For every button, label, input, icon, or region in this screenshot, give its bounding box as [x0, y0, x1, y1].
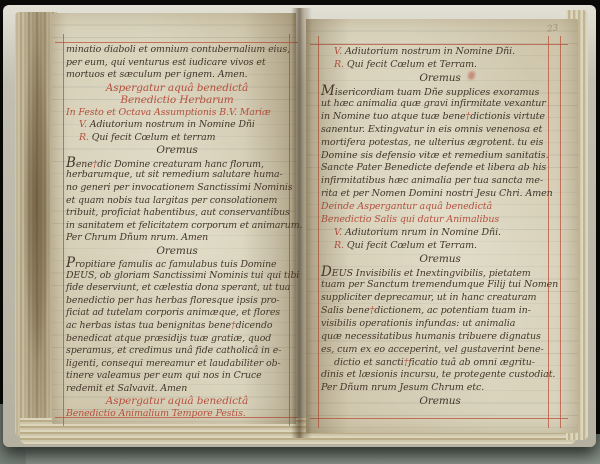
manuscript-line: Propitiare famulis ac famulabus tuis Dom… — [66, 257, 288, 270]
manuscript-line: Oremus — [66, 245, 288, 258]
manuscript-line: Salis bene†dictionem, ac potentiam tuam … — [321, 305, 559, 318]
manuscript-line: ac herbas istas tua benignitas bene†dice… — [66, 320, 288, 333]
manuscript-line: R. Qui fecit Cœlum et Terram. — [321, 59, 559, 72]
manuscript-line: Per Chrum Dñum nrum. Amen — [66, 232, 288, 245]
folio-number: 23 — [546, 23, 559, 34]
manuscript-line: Domine sis defensio vitæ et remedium san… — [321, 150, 559, 163]
manuscript-line: per eum, qui venturus est iudicare vivos… — [66, 57, 288, 70]
manuscript-line: benedicat atque præsidijs tuæ gratiæ, qu… — [66, 333, 288, 346]
manuscript-line: V. Adiutorium nrum in Nomine Dñi. — [321, 227, 559, 240]
manuscript-line: Oremus — [321, 72, 559, 85]
manuscript-line: dictio et sancti†ficatio tuâ ab omni ægr… — [321, 357, 559, 370]
right-page: V. Adiutorium nostrum in Nomine Dñi.R. Q… — [306, 19, 578, 433]
manuscript-line: Deinde Aspergantur aquâ benedictâ — [321, 201, 559, 214]
manuscript-line: ficiat ad tutelam corporis animæque, et … — [66, 307, 288, 320]
manuscript-line: speramus, et credimus unâ fide catholicâ… — [66, 345, 288, 358]
manuscript-line: no generi per invocationem Sanctissimi N… — [66, 182, 288, 195]
manuscript-line: V. Adiutorium nostrum in Nomine Dñi — [66, 119, 288, 132]
manuscript-line: tribuit, proficiat habentibus, aut conse… — [66, 207, 288, 220]
frame-line — [55, 42, 298, 43]
manuscript-line: R. Qui fecit Cœlum et Terram. — [321, 240, 559, 253]
manuscript-line: ligenti, consequi mereamur et laudabilit… — [66, 358, 288, 371]
frame-line — [318, 36, 319, 428]
manuscript-line: Benedictio Animalium Tempore Pestis. — [66, 408, 288, 421]
manuscript-line: Oremus — [321, 253, 559, 266]
manuscript-line: rita et per Nomen Domini nostri Jesu Chr… — [321, 188, 559, 201]
left-page: minatio diaboli et omnium contubernalium… — [52, 13, 296, 424]
manuscript-line: Sancte Pater Benedicte defende et libera… — [321, 162, 559, 175]
manuscript-line: es, cum ex eo acceperint, vel gustaverin… — [321, 344, 559, 357]
manuscript-line: infirmitatibus hæc animalia per tua sanc… — [321, 175, 559, 188]
manuscript-line: Per Dñum nrum Jesum Chrum etc. — [321, 382, 559, 395]
page-stack-left-edge — [15, 12, 57, 436]
manuscript-line: Misericordiam tuam Dñe supplices exoramu… — [321, 85, 559, 98]
manuscript-line: minatio diaboli et omnium contubernalium… — [66, 44, 288, 57]
manuscript-line: sanentur. Extingvatur in eis omnis venen… — [321, 124, 559, 137]
manuscript-line: mortuos et sæculum per ignem. Amen. — [66, 69, 288, 82]
manuscript-line: Oremus — [321, 395, 559, 408]
manuscript-line: mortifera potestas, ne ulterius ægrotent… — [321, 137, 559, 150]
frame-line — [55, 417, 298, 418]
manuscript-line: et quam nobis tua largitas per consolati… — [66, 195, 288, 208]
frame-line — [560, 36, 561, 428]
manuscript-line: herbarumque, ut sit remedium salutare hu… — [66, 169, 288, 182]
manuscript-line: benedictio per has herbas floresque ipsi… — [66, 295, 288, 308]
manuscript-line: DEUS Invisibilis et Inextingvibilis, pie… — [321, 266, 559, 279]
manuscript-line: ut hæc animalia quæ gravi infirmitate ve… — [321, 98, 559, 111]
manuscript-line: Oremus — [66, 144, 288, 157]
manuscript-line: In Festo et Octava Assumptionis B.V. Mar… — [66, 107, 288, 120]
manuscript-line: fide deserviunt, et cælestia dona speran… — [66, 282, 288, 295]
manuscript-line: Aspergatur aquâ benedictâ — [66, 82, 288, 95]
frame-line — [63, 34, 64, 426]
manuscript-line: tinere valeamus per eum qui nos in Cruce — [66, 370, 288, 383]
frame-line — [548, 36, 549, 428]
manuscript-line: Benedictio Herbarum — [66, 94, 288, 107]
ink-smudge — [467, 70, 477, 81]
manuscript-line: in sanitatem et felicitatem corporum et … — [66, 220, 288, 233]
right-page-text: V. Adiutorium nostrum in Nomine Dñi.R. Q… — [321, 46, 559, 408]
manuscript-line: V. Adiutorium nostrum in Nomine Dñi. — [321, 46, 559, 59]
manuscript-line: in Nomine tuo atque tuæ bene†dictionis v… — [321, 111, 559, 124]
manuscript-line: DEUS, ob gloriam Sanctissimi Nominis tui… — [66, 270, 288, 283]
manuscript-line: suppliciter deprecamur, ut in hanc creat… — [321, 292, 559, 305]
manuscript-line: visibilis operationis infundas: ut anima… — [321, 318, 559, 331]
frame-line — [289, 34, 290, 426]
manuscript-line: Bene†dic Domine creaturam hanc florum, — [66, 157, 288, 170]
frame-line — [310, 418, 568, 419]
frame-line — [310, 44, 568, 45]
manuscript-line: R. Qui fecit Cœlum et terram — [66, 132, 288, 145]
book-gutter-shadow — [291, 8, 312, 438]
manuscript-line: redemit et Salvavit. Amen — [66, 383, 288, 396]
manuscript-line: dinis et læsionis incursu, te protegente… — [321, 369, 559, 382]
manuscript-line: tuam per Sanctum tremendumque Filij tui … — [321, 279, 559, 292]
manuscript-line: Aspergatur aquâ benedictâ — [66, 395, 288, 408]
left-page-text: minatio diaboli et omnium contubernalium… — [66, 44, 288, 420]
manuscript-photo: minatio diaboli et omnium contubernalium… — [0, 0, 600, 464]
manuscript-line: quæ necessitatibus humanis tribuere dign… — [321, 331, 559, 344]
manuscript-line: Benedictio Salis qui datur Animalibus — [321, 214, 559, 227]
